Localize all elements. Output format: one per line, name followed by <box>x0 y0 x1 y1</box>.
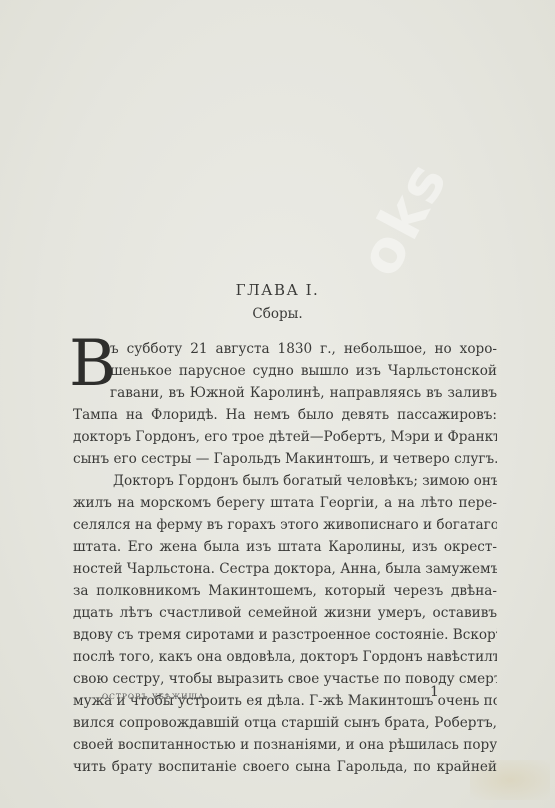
text-line: сынъ его сестры — Гарольдъ Макинтошъ, и … <box>73 448 497 470</box>
text-line: гавани, въ Южной Каролинѣ, направляясь в… <box>110 382 497 404</box>
text-line: за полковникомъ Макинтошемъ, который чер… <box>73 580 497 602</box>
text-line: своей воспитанностью и познаніями, и она… <box>73 734 497 756</box>
text-line: Тампа на Флоридѣ. На немъ было девять па… <box>73 404 497 426</box>
text-line: селялся на ферму въ горахъ этого живопис… <box>73 514 497 536</box>
text-line: докторъ Гордонъ, его трое дѣтей—Робертъ,… <box>73 426 497 448</box>
text-line: ъ субботу 21 августа 1830 г., небольшое,… <box>110 338 497 360</box>
text-line: послѣ того, какъ она овдовѣла, докторъ Г… <box>73 646 497 668</box>
watermark: oks <box>345 150 461 287</box>
text-line: Докторъ Гордонъ былъ богатый человѣкъ; з… <box>113 470 497 492</box>
chapter-title: ГЛАВА I. <box>0 281 555 299</box>
text-line: дцать лѣтъ счастливой семейной жизни уме… <box>73 602 497 624</box>
text-line: чить брату воспитаніе своего сына Гароль… <box>73 756 497 778</box>
text-line: жилъ на морскомъ берегу штата Георгіи, а… <box>73 492 497 514</box>
text-line: ностей Чарльстона. Сестра доктора, Анна,… <box>73 558 497 580</box>
text-line: вился сопровождавшій отца старшій сынъ б… <box>73 712 497 734</box>
page-number: 1 <box>430 684 439 700</box>
text-line: вдову съ тремя сиротами и разстроенное с… <box>73 624 497 646</box>
chapter-subtitle: Сборы. <box>0 306 555 322</box>
signature-mark: ОСТРОВЪ УБѢЖИЩА. <box>102 692 208 701</box>
text-line: шенькое парусное судно вышло изъ Чарльст… <box>110 360 497 382</box>
text-line: штата. Его жена была изъ штата Каролины,… <box>73 536 497 558</box>
book-page: oks ГЛАВА I. Сборы. В ъ субботу 21 авгус… <box>0 0 555 808</box>
body-text: В ъ субботу 21 августа 1830 г., небольшо… <box>73 338 497 778</box>
drop-cap: В <box>69 332 116 396</box>
